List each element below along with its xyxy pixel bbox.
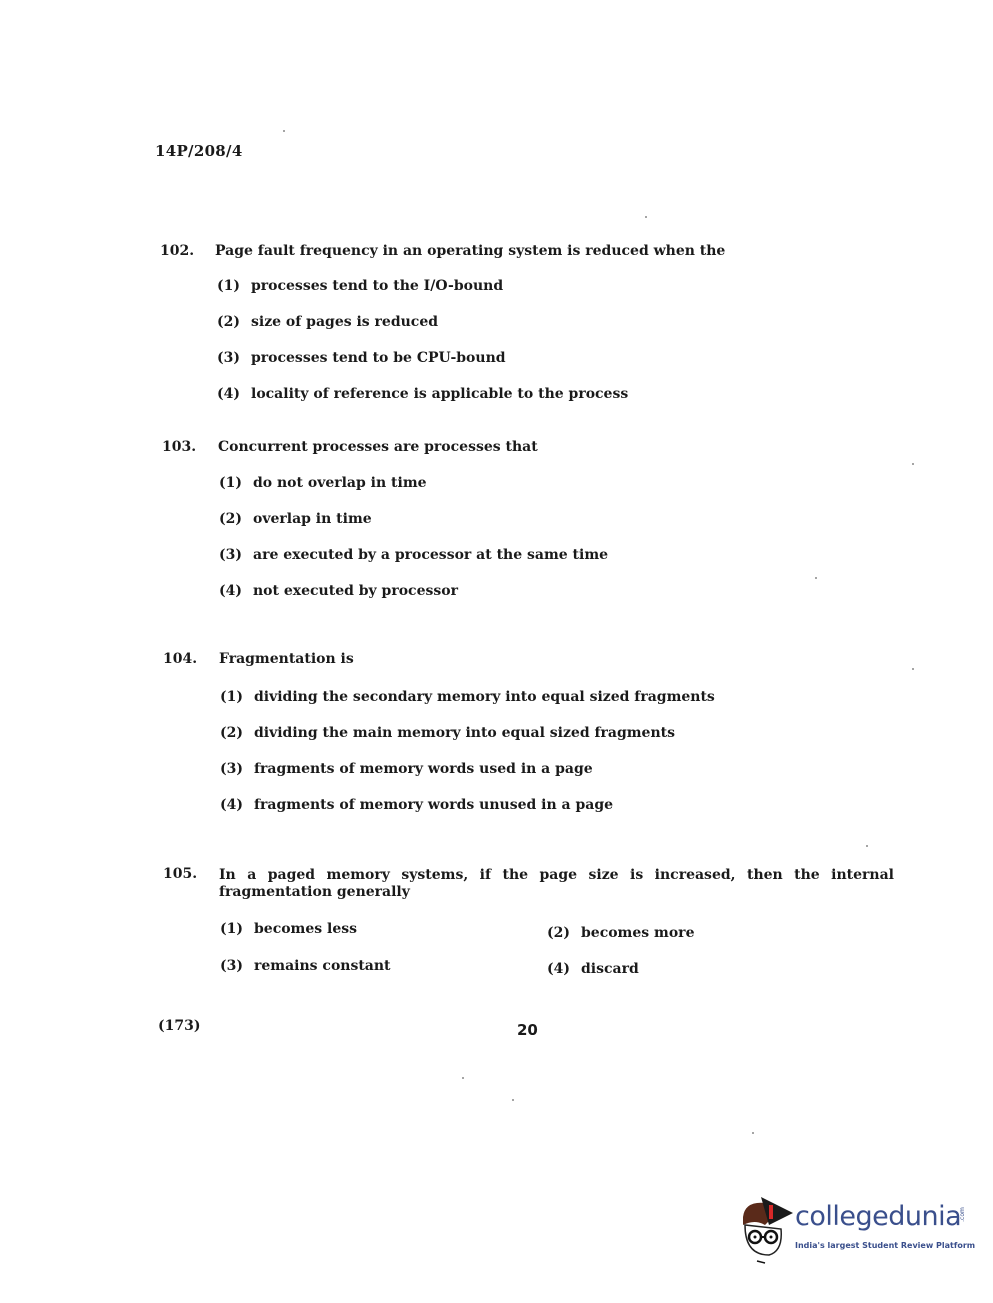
scan-speck bbox=[752, 1132, 754, 1134]
option-2: (2)overlap in time bbox=[219, 511, 372, 527]
option-2: (2)becomes more bbox=[547, 925, 694, 941]
question-text: Fragmentation is bbox=[219, 651, 779, 668]
scan-speck bbox=[462, 1077, 464, 1079]
option-1: (1)dividing the secondary memory into eq… bbox=[220, 689, 715, 705]
option-3: (3)are executed by a processor at the sa… bbox=[219, 547, 608, 563]
option-1: (1)processes tend to the I/O-bound bbox=[217, 278, 503, 294]
question-text: Page fault frequency in an operating sys… bbox=[215, 243, 775, 260]
scan-speck bbox=[912, 668, 914, 670]
scan-speck bbox=[645, 216, 647, 218]
question-number: 102. bbox=[160, 243, 194, 259]
scan-speck bbox=[815, 577, 817, 579]
option-4: (4)locality of reference is applicable t… bbox=[217, 386, 628, 402]
scan-speck bbox=[912, 463, 914, 465]
option-3: (3)remains constant bbox=[220, 958, 391, 974]
question-text: Concurrent processes are processes that bbox=[218, 439, 778, 456]
scan-speck bbox=[512, 1099, 514, 1101]
page-number: 20 bbox=[517, 1021, 538, 1039]
collegedunia-logo: collegedunia .com India's largest Studen… bbox=[735, 1195, 965, 1270]
option-3: (3)processes tend to be CPU-bound bbox=[217, 350, 506, 366]
brand-domain: .com bbox=[959, 1207, 966, 1222]
option-4: (4)fragments of memory words unused in a… bbox=[220, 797, 613, 813]
brand-name: collegedunia bbox=[795, 1201, 961, 1232]
question-number: 105. bbox=[163, 866, 197, 882]
paper-code: 14P/208/4 bbox=[155, 142, 243, 160]
scan-speck bbox=[866, 845, 868, 847]
footer-code: (173) bbox=[158, 1018, 200, 1034]
question-number: 103. bbox=[162, 439, 196, 455]
option-4: (4)not executed by processor bbox=[219, 583, 458, 599]
option-1: (1)becomes less bbox=[220, 921, 357, 937]
option-1: (1)do not overlap in time bbox=[219, 475, 427, 491]
brand-tagline: India's largest Student Review Platform bbox=[795, 1241, 975, 1250]
question-text: In a paged memory systems, if the page s… bbox=[219, 867, 894, 901]
option-2: (2)size of pages is reduced bbox=[217, 314, 438, 330]
option-2: (2)dividing the main memory into equal s… bbox=[220, 725, 675, 741]
scan-speck bbox=[283, 130, 285, 132]
option-4: (4)discard bbox=[547, 961, 639, 977]
mascot-icon bbox=[735, 1195, 795, 1265]
option-3: (3)fragments of memory words used in a p… bbox=[220, 761, 593, 777]
question-number: 104. bbox=[163, 651, 197, 667]
